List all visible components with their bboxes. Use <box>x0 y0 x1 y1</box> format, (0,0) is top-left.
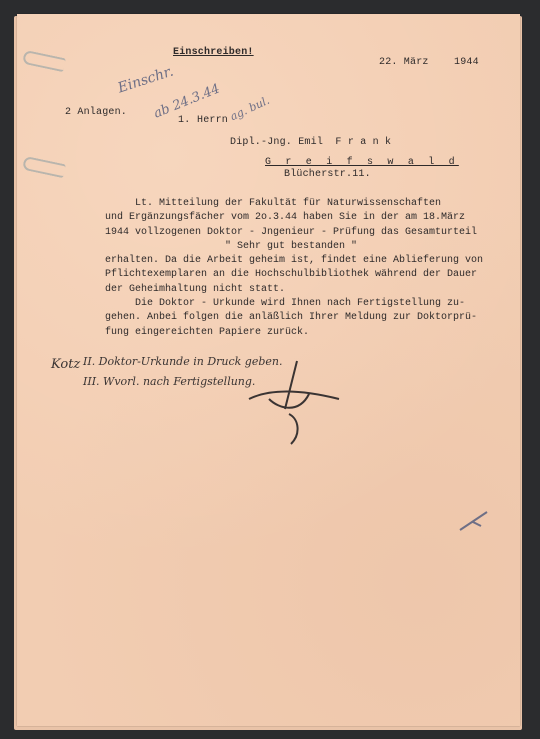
enclosures-note: 2 Anlagen. <box>65 107 127 118</box>
body-line: 1944 vollzogenen Doktor - Jngenieur - Pr… <box>105 226 505 240</box>
body-line: gehen. Anbei folgen die anläßlich Ihrer … <box>105 311 505 325</box>
recipient-street: Blücherstr.11. <box>284 169 371 180</box>
pencil-note-ag: ag. bul. <box>228 94 271 123</box>
signature-icon <box>239 359 349 449</box>
letter-page: Einschreiben! 22. März 1944 2 Anlagen. 1… <box>17 14 520 726</box>
body-line: und Ergänzungsfächer vom 2o.3.44 haben S… <box>105 211 505 225</box>
body-line: fung eingereichten Papiere zurück. <box>105 326 505 340</box>
ink-note-line-3: III. Wvorl. nach Fertigstellung. <box>83 375 255 388</box>
binding-string-top <box>22 50 66 72</box>
registered-mail-label: Einschreiben! <box>173 47 254 58</box>
body-line: Lt. Mitteilung der Fakultät für Naturwis… <box>105 197 505 211</box>
recipient-city: G r e i f s w a l d <box>265 157 459 168</box>
recipient-line-number: 1. <box>178 115 190 126</box>
year: 1944 <box>454 57 479 68</box>
letter-body: Lt. Mitteilung der Fakultät für Naturwis… <box>105 197 505 340</box>
ink-note-prefix: Kotz <box>51 357 80 372</box>
date: 22. März <box>379 57 429 68</box>
pencil-check-mark-icon <box>457 508 497 538</box>
recipient-salutation: Herrn <box>197 115 228 126</box>
body-line: " Sehr gut bestanden " <box>105 240 505 254</box>
pencil-note-einschr: Einschr. <box>116 64 176 97</box>
body-line: Pflichtexemplaren an die Hochschulbiblio… <box>105 268 505 282</box>
recipient-name: Dipl.-Jng. Emil F r a n k <box>230 137 391 148</box>
body-line: der Geheimhaltung nicht statt. <box>105 283 505 297</box>
body-line: erhalten. Da die Arbeit geheim ist, find… <box>105 254 505 268</box>
binding-string-bottom <box>22 156 66 178</box>
body-line: Die Doktor - Urkunde wird Ihnen nach Fer… <box>105 297 505 311</box>
